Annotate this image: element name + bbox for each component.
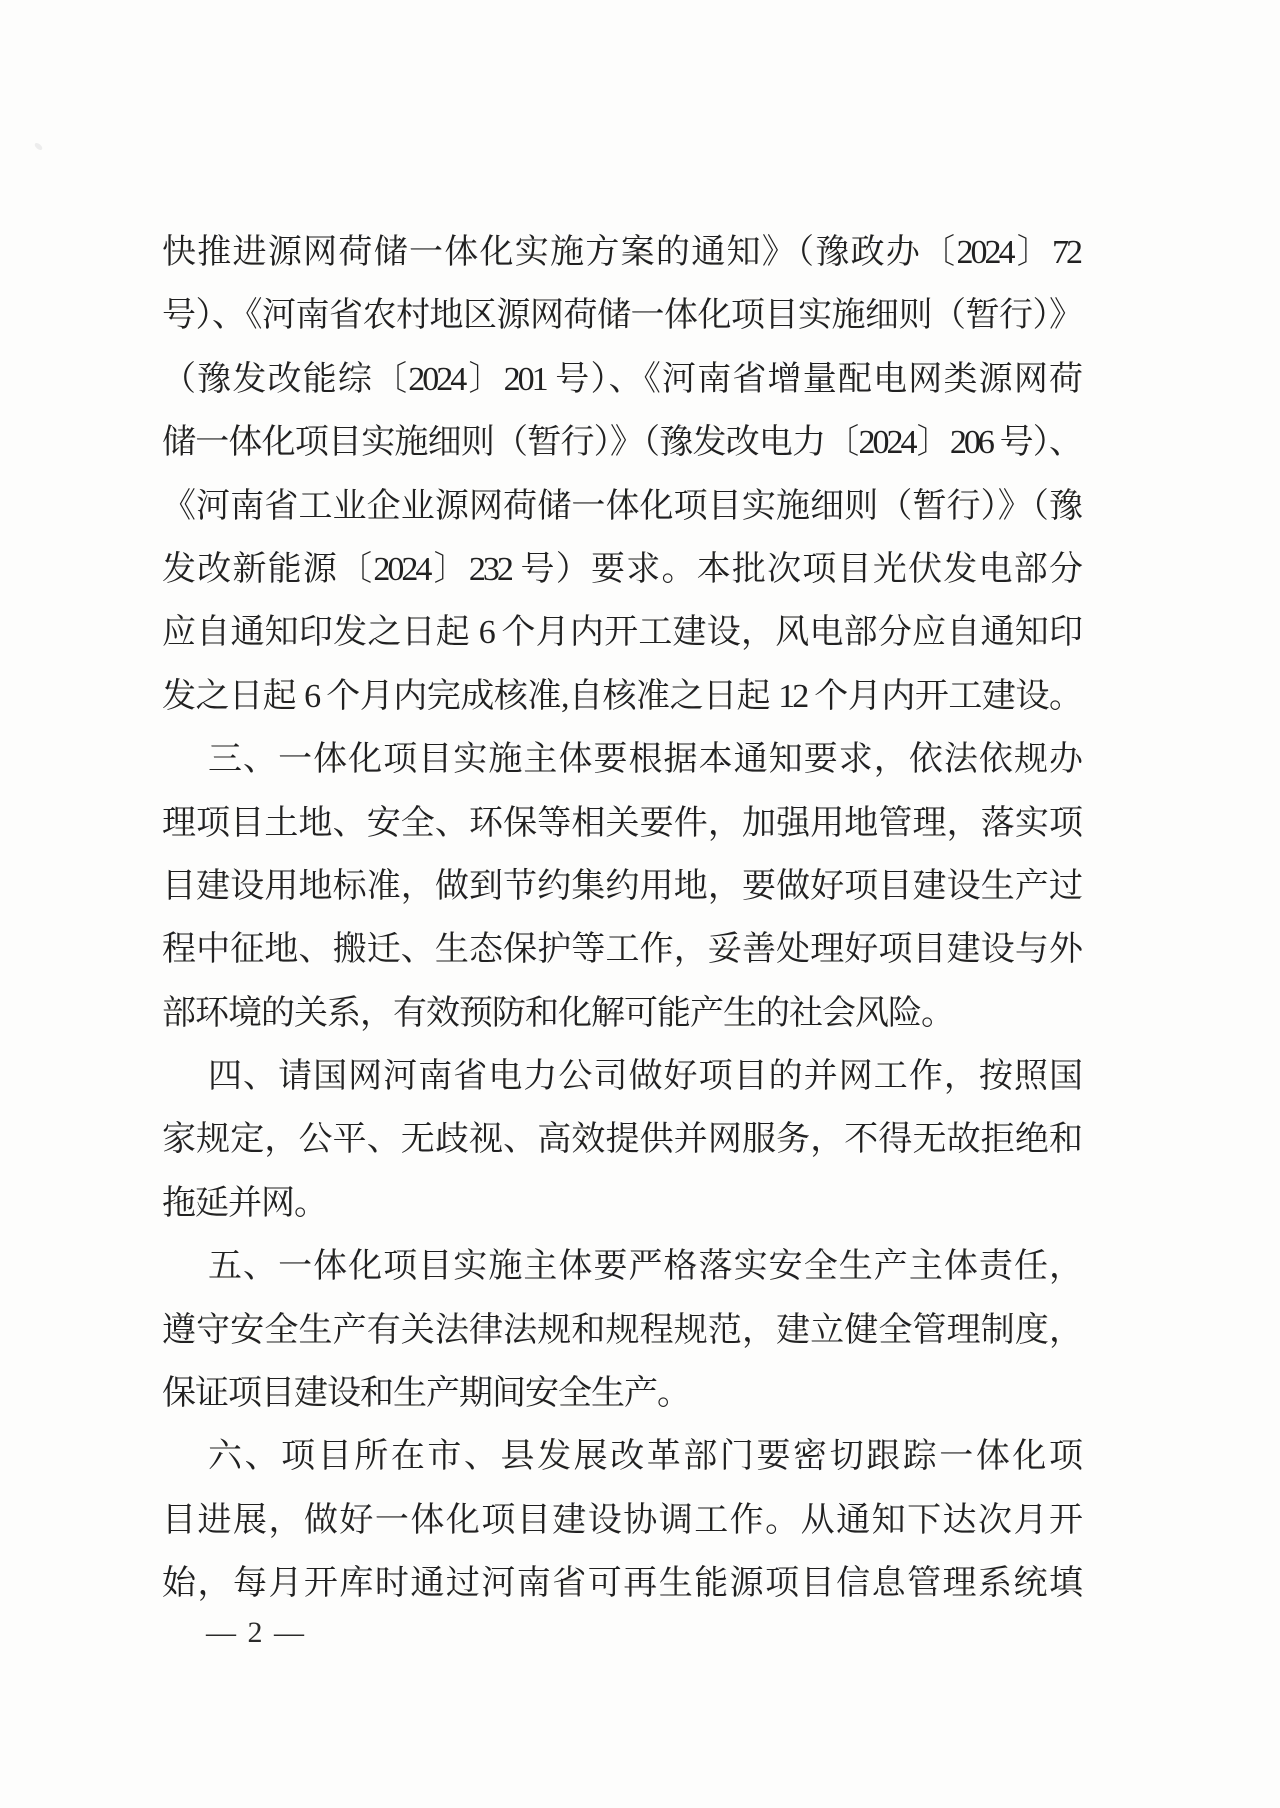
text-line: 目进展，做好一体化项目建设协调工作。从通知下达次月开 [162,1489,1080,1552]
text-line: 《河南省工业企业源网荷储一体化项目实施细则（暂行）》（豫 [162,475,1080,538]
text-line: 理项目土地、安全、环保等相关要件，加强用地管理，落实项 [162,792,1080,855]
document-body: 快推进源网荷储一体化实施方案的通知》（豫政办〔2024〕72号）、《河南省农村地… [162,221,1080,1616]
text-line: 遵守安全生产有关法律法规和规程规范，建立健全管理制度， [162,1299,1080,1362]
text-line: 部环境的关系，有效预防和化解可能产生的社会风险。 [162,982,1080,1045]
text-line: 程中征地、搬迁、生态保护等工作，妥善处理好项目建设与外 [162,918,1080,981]
text-line: 四、请国网河南省电力公司做好项目的并网工作，按照国 [162,1045,1080,1108]
text-line: 发之日起 6 个月内完成核准,自核准之日起 12 个月内开工建设。 [162,665,1080,728]
text-line: 发改新能源〔2024〕232 号）要求。本批次项目光伏发电部分 [162,538,1080,601]
document-page: 快推进源网荷储一体化实施方案的通知》（豫政办〔2024〕72号）、《河南省农村地… [0,0,1280,1808]
text-line: 拖延并网。 [162,1172,1080,1235]
text-line: 五、一体化项目实施主体要严格落实安全生产主体责任， [162,1235,1080,1298]
page-number: — 2 — [206,1616,306,1650]
text-line: 始，每月开库时通过河南省可再生能源项目信息管理系统填 [162,1552,1080,1615]
text-line: 快推进源网荷储一体化实施方案的通知》（豫政办〔2024〕72 [162,221,1080,284]
text-line: 目建设用地标准，做到节约集约用地，要做好项目建设生产过 [162,855,1080,918]
text-line: 应自通知印发之日起 6 个月内开工建设，风电部分应自通知印 [162,601,1080,664]
text-line: 三、一体化项目实施主体要根据本通知要求，依法依规办 [162,728,1080,791]
text-line: 家规定，公平、无歧视、高效提供并网服务，不得无故拒绝和 [162,1108,1080,1171]
text-line: 六、项目所在市、县发展改革部门要密切跟踪一体化项 [162,1425,1080,1488]
text-line: 储一体化项目实施细则（暂行）》（豫发改电力〔2024〕206 号）、 [162,411,1080,474]
text-line: 保证项目建设和生产期间安全生产。 [162,1362,1080,1425]
scan-artifact [33,142,43,152]
text-line: 号）、《河南省农村地区源网荷储一体化项目实施细则（暂行）》 [162,284,1080,347]
text-line: （豫发改能综〔2024〕201 号）、《河南省增量配电网类源网荷 [162,348,1080,411]
